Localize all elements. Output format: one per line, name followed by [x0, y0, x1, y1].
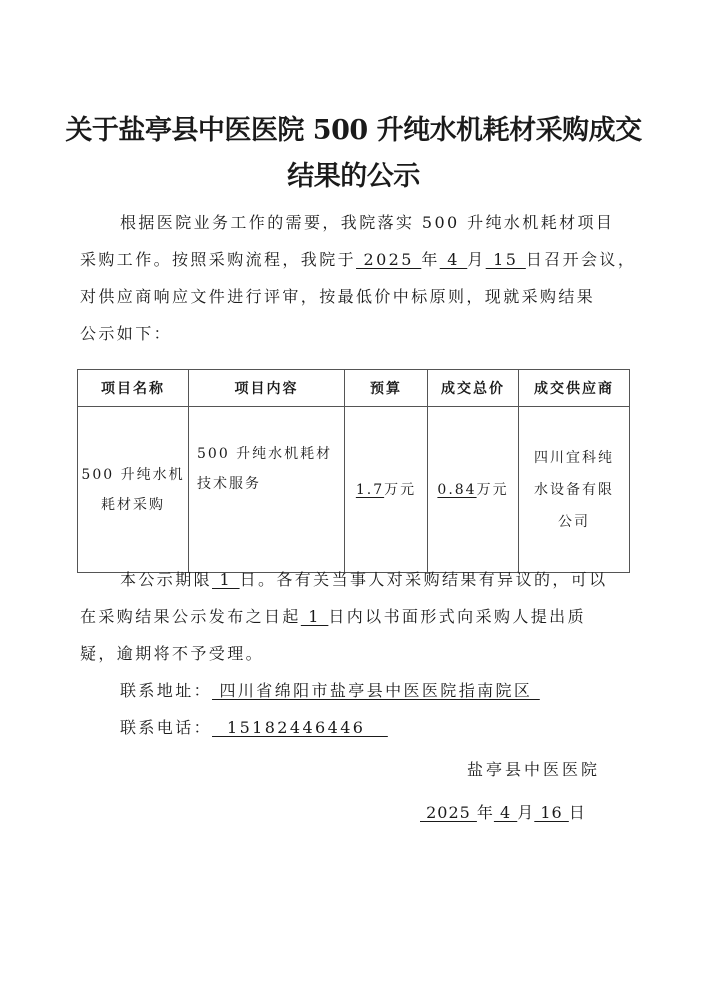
phone-value: 15182446446: [212, 718, 388, 737]
contact-phone: 联系电话： 15182446446: [120, 715, 388, 739]
signature-org: 盐亭县中医医院: [467, 757, 600, 780]
cell-budget: 1.7万元: [345, 407, 428, 573]
signature-date: 2025 年 4 月 16 日: [420, 800, 586, 823]
title-line-2: 结果的公示: [40, 154, 667, 200]
notice-line-2: 在采购结果公示发布之日起 1 日内以书面形式向采购人提出质: [80, 604, 586, 628]
meeting-day: 15: [486, 250, 526, 269]
notice-line-1: 本公示期限 1 日。各有关当事人对采购结果有异议的，可以: [120, 567, 608, 591]
notice-line-3: 疑，逾期将不予受理。: [80, 641, 264, 665]
table-row: 500 升纯水机 耗材采购 500 升纯水机耗材 技术服务 1.7万元 0.84…: [78, 407, 630, 573]
contact-address: 联系地址： 四川省绵阳市盐亭县中医医院指南院区: [120, 678, 540, 702]
header-project-content: 项目内容: [189, 370, 345, 407]
table-header-row: 项目名称 项目内容 预算 成交总价 成交供应商: [78, 370, 630, 407]
header-total-price: 成交总价: [428, 370, 519, 407]
intro-line-1: 根据医院业务工作的需要，我院落实 500 升纯水机耗材项目: [120, 210, 614, 234]
title-line-1: 关于盐亭县中医医院 500 升纯水机耗材采购成交: [40, 108, 667, 154]
period-days: 1: [212, 570, 240, 589]
cell-project-content: 500 升纯水机耗材 技术服务: [189, 407, 345, 573]
objection-days: 1: [301, 607, 329, 626]
intro-line-3: 对供应商响应文件进行评审，按最低价中标原则，现就采购结果: [80, 284, 595, 308]
header-budget: 预算: [345, 370, 428, 407]
header-project-name: 项目名称: [78, 370, 189, 407]
meeting-year: 2025: [356, 250, 421, 269]
address-value: 四川省绵阳市盐亭县中医医院指南院区: [212, 681, 540, 700]
header-supplier: 成交供应商: [519, 370, 630, 407]
cell-supplier: 四川宜科纯 水设备有限 公司: [519, 407, 630, 573]
cell-project-name: 500 升纯水机 耗材采购: [78, 407, 189, 573]
cell-total-price: 0.84万元: [428, 407, 519, 573]
intro-line-4: 公示如下：: [80, 321, 172, 345]
meeting-month: 4: [440, 250, 468, 269]
intro-line-2: 采购工作。按照采购流程，我院于 2025 年 4 月 15 日召开会议，: [80, 247, 636, 271]
results-table: 项目名称 项目内容 预算 成交总价 成交供应商 500 升纯水机 耗材采购 50…: [77, 369, 630, 573]
document-title: 关于盐亭县中医医院 500 升纯水机耗材采购成交 结果的公示: [40, 108, 667, 200]
